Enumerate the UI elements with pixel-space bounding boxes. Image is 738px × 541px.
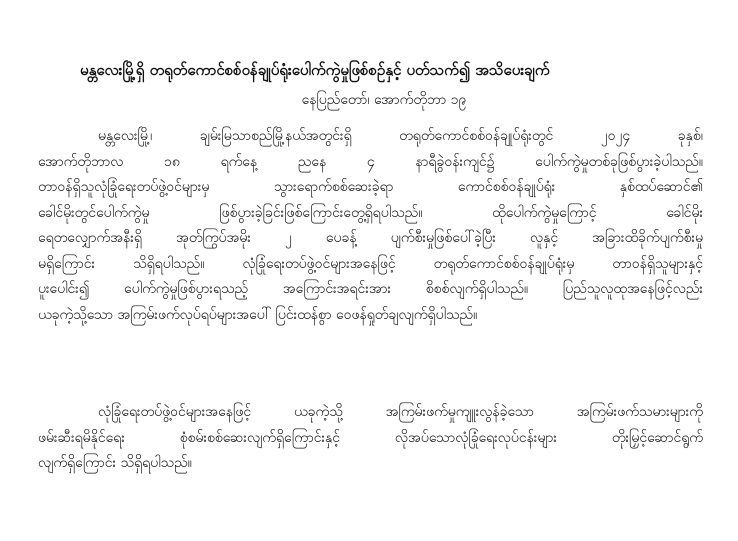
- paragraph-1: မန္တလေးမြို့၊ ချမ်းမြသာစည်မြို့နယ်အတွင်း…: [38, 124, 703, 328]
- paragraph-line: ယခုကဲ့သို့သော အကြမ်းဖက်လုပ်ရပ်များအပေါ် …: [38, 303, 703, 329]
- paragraph-line: မန္တလေးမြို့၊ ချမ်းမြသာစည်မြို့နယ်အတွင်း…: [38, 124, 703, 150]
- paragraph-line: အောက်တိုဘာလ ၁၈ ရက်နေ့ ညနေ ၄ နာရီခွဲဝန်းက…: [38, 150, 703, 176]
- document-title: မန္တလေးမြို့ရှိ တရုတ်ကောင်စစ်ဝန်ချုပ်ရုံ…: [80, 58, 700, 82]
- document-page: မန္တလေးမြို့ရှိ တရုတ်ကောင်စစ်ဝန်ချုပ်ရုံ…: [0, 0, 738, 541]
- paragraph-line: ရေတလျှောက်အနီးရှိ အုတ်ကြွပ်အမိုး ၂ ပေခန့…: [38, 226, 703, 252]
- paragraph-2: လုံခြုံရေးတပ်ဖွဲ့ဝင်များအနေဖြင့် ယခုကဲ့သ…: [38, 400, 703, 477]
- paragraph-line: တာဝန်ရှိသူလုံခြုံရေးတပ်ဖွဲ့ဝင်များမှ သွာ…: [38, 175, 703, 201]
- dateline: နေပြည်တော်၊ အောက်တိုဘာ ၁၉: [0, 88, 738, 112]
- paragraph-line: လျက်ရှိကြောင်း သိရှိရပါသည်။: [38, 451, 703, 477]
- paragraph-line: လုံခြုံရေးတပ်ဖွဲ့ဝင်များအနေဖြင့် ယခုကဲ့သ…: [38, 400, 703, 426]
- paragraph-line: မရှိကြောင်း သိရှိရပါသည်။ လုံခြုံရေးတပ်ဖွ…: [38, 252, 703, 278]
- paragraph-line: ခေါင်မိုးတွင်ပေါက်ကွဲမှု ဖြစ်ပွားခဲ့ခြင်…: [38, 201, 703, 227]
- paragraph-line: ပူးပေါင်း၍ ပေါက်ကွဲမှုဖြစ်ပွားရသည့် အကြေ…: [38, 277, 703, 303]
- paragraph-line: ဖမ်းဆီးရမိနိုင်ရေး စုံစမ်းစစ်ဆေးလျက်ရှိက…: [38, 426, 703, 452]
